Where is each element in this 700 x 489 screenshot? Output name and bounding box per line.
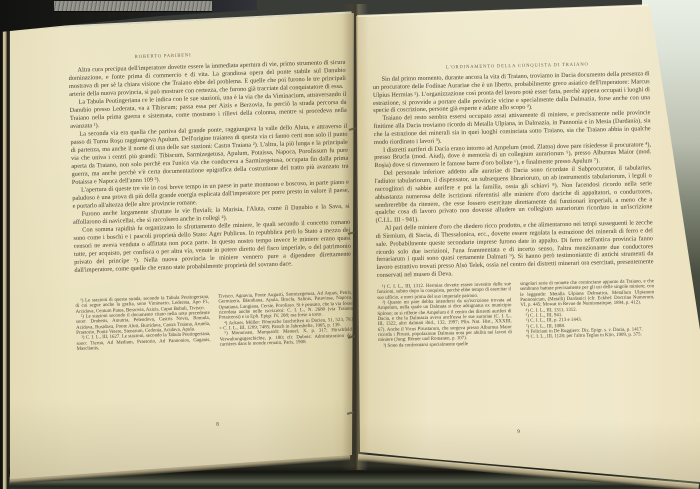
left-page-content: ROBERTO PARIBENI Altra cura precipua del… (68, 46, 354, 353)
footnote-column: ¹) Le stazioni di questa strada, secondo… (75, 295, 211, 352)
footnote: Tivisco, Agnavia, Ponte Augusti, Sarmize… (218, 291, 353, 322)
footnote-column: Tivisco, Agnavia, Ponte Augusti, Sarmize… (218, 291, 354, 348)
paragraph: Sin dal primo momento, durante ancora la… (373, 70, 651, 115)
open-book-photo: ROBERTO PARIBENI Altra cura precipua del… (0, 0, 700, 489)
footnote: ⁹) C. I. L., III, 1128; per l'altra Tegl… (521, 333, 655, 341)
left-page-body-text: Altra cura precipua dell'imperatore dove… (68, 46, 351, 275)
footnote: ²) Questo mi pare debba intendersi da un… (377, 298, 512, 344)
paragraph: Del personale inferiore addetto alle aur… (375, 164, 653, 225)
paragraph: Con somma rapidità fu organizzato lo sfr… (73, 219, 351, 275)
paragraph: Al pari delle miniere d'oro che diedero … (376, 219, 654, 280)
right-page-content: L'ORDINAMENTO DELLA CONQUISTA DI TRAIANO… (372, 44, 655, 349)
footnote: ⁵) Mommsen, Marquardt: Manuel, X, p. 317… (219, 328, 353, 348)
footnotes: ¹) Le stazioni di questa strada, secondo… (75, 291, 353, 353)
right-page: L'ORDINAMENTO DELLA CONQUISTA DI TRAIANO… (352, 0, 700, 489)
footnote-column: ¹) C. I. L., III, 1312. Hermias dovette … (377, 282, 512, 349)
footnote-column: singolari serie di monete che cominciano… (520, 279, 655, 346)
page-number: 8 (79, 418, 356, 432)
footnotes: ¹) C. I. L., III, 1312. Hermias dovette … (377, 279, 655, 349)
page-number: 9 (380, 426, 657, 438)
book-cover-left-edge (0, 22, 9, 489)
footnote: singolari serie di monete che cominciano… (520, 279, 655, 309)
paragraph: La seconda via era quella che partiva da… (70, 123, 349, 187)
spine-cloth-headband (54, 1, 212, 12)
left-page: ROBERTO PARIBENI Altra cura precipua del… (8, 10, 358, 484)
footnote: ³) C. I. L., III, 1627. Le stazioni, sec… (76, 332, 210, 352)
right-page-body-text: Sin dal primo momento, durante ancora la… (372, 44, 654, 280)
gutter-shadow (342, 4, 368, 470)
